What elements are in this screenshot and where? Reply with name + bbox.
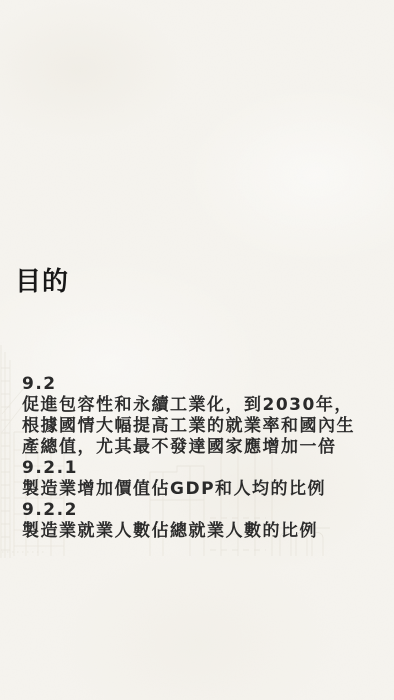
goal-line: 根據國情大幅提高工業的就業率和國內生	[22, 416, 374, 437]
goal-line: 製造業增加價值佔GDP和人均的比例	[22, 479, 374, 500]
goal-line: 9.2	[22, 374, 374, 395]
building-sketch-watermark	[0, 0, 394, 700]
goal-line: 促進包容性和永續工業化，到2030年，	[22, 395, 374, 416]
goal-text-block: 9.2 促進包容性和永續工業化，到2030年， 根據國情大幅提高工業的就業率和國…	[22, 374, 374, 542]
goal-line: 9.2.1	[22, 458, 374, 479]
slide-page: 目的 9.2 促進包容性和永續工業化，到2030年， 根據國情大幅提高工業的就業…	[0, 0, 394, 700]
goal-line: 產總值，尤其最不發達國家應增加一倍	[22, 437, 374, 458]
goal-line: 9.2.2	[22, 500, 374, 521]
page-title: 目的	[15, 268, 69, 298]
goal-line: 製造業就業人數佔總就業人數的比例	[22, 521, 374, 542]
paper-texture	[0, 0, 394, 700]
paper-shading	[0, 0, 394, 700]
